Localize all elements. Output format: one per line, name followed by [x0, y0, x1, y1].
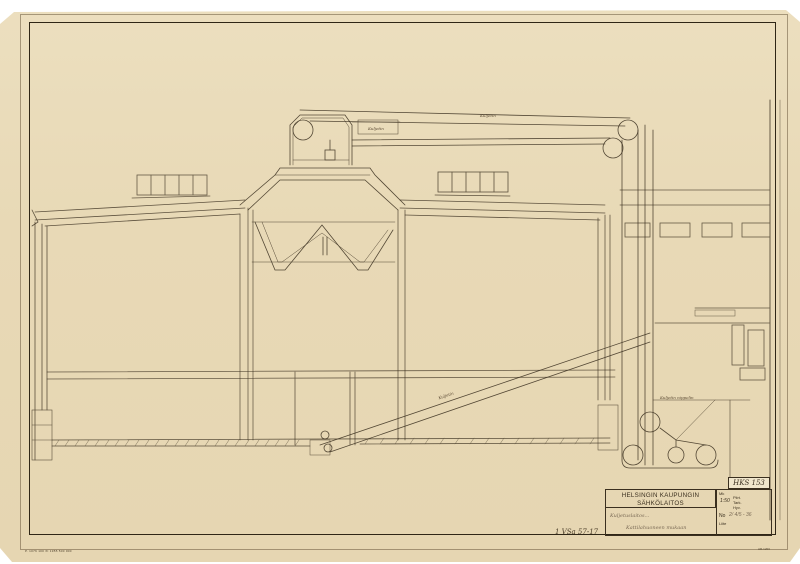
attachment-label: Liite: [719, 521, 726, 526]
left-columns: [240, 208, 253, 440]
ground-slab: [52, 438, 610, 455]
corner-mark: AR-1203: [758, 547, 770, 551]
approved-label: Hyv.: [733, 505, 741, 510]
printer-mark: P. 1076 100 XI 1955 500 000: [25, 549, 72, 553]
org-line-2: SÄHKÖLAITOS: [606, 500, 715, 508]
right-roof: [400, 172, 605, 220]
title-block-fields: Mk 1:50 Piirt. Tark. Hyv. No 2/ 4/5 - 36…: [716, 490, 772, 535]
label-lower-right: Kuljetin nippelin: [660, 395, 694, 400]
scale-value: 1:50: [720, 498, 730, 504]
description-line-1: Kuljetuslaitos...: [610, 513, 649, 519]
left-wall: [32, 222, 52, 460]
number-value: 2/ 4/5 - 36: [729, 512, 752, 518]
title-block: HELSINGIN KAUPUNGIN SÄHKÖLAITOS Kuljetus…: [605, 489, 772, 536]
vertical-conveyor: [622, 125, 718, 468]
organization-name: HELSINGIN KAUPUNGIN SÄHKÖLAITOS: [606, 490, 716, 508]
adjacent-building: [620, 100, 780, 520]
inclined-conveyor: [320, 333, 650, 452]
archive-code: HKS 153: [728, 477, 770, 489]
label-upper-gallery: Kuljetin: [368, 126, 384, 131]
left-roof-vent: [132, 175, 210, 198]
drawing-sheet: Kuljetin Kuljetin Kuljetin Kuljetin nipp…: [0, 0, 800, 564]
left-roof-slab: [32, 200, 245, 226]
org-line-1: HELSINGIN KAUPUNGIN: [606, 492, 715, 500]
upper-conveyor: [300, 110, 638, 158]
central-monitor: [240, 168, 405, 270]
section-drawing: [0, 0, 800, 564]
label-top-conveyor: Kuljetin: [480, 113, 496, 118]
right-columns: [398, 210, 618, 450]
number-label: No: [719, 513, 725, 519]
description-line-2: Kattilahuoneen mukaan: [626, 525, 687, 531]
mid-floor: [47, 370, 615, 445]
reference-note: 1 VSa 57-17: [555, 528, 598, 536]
conveyor-house: [290, 115, 352, 165]
scale-label: Mk: [719, 491, 724, 496]
